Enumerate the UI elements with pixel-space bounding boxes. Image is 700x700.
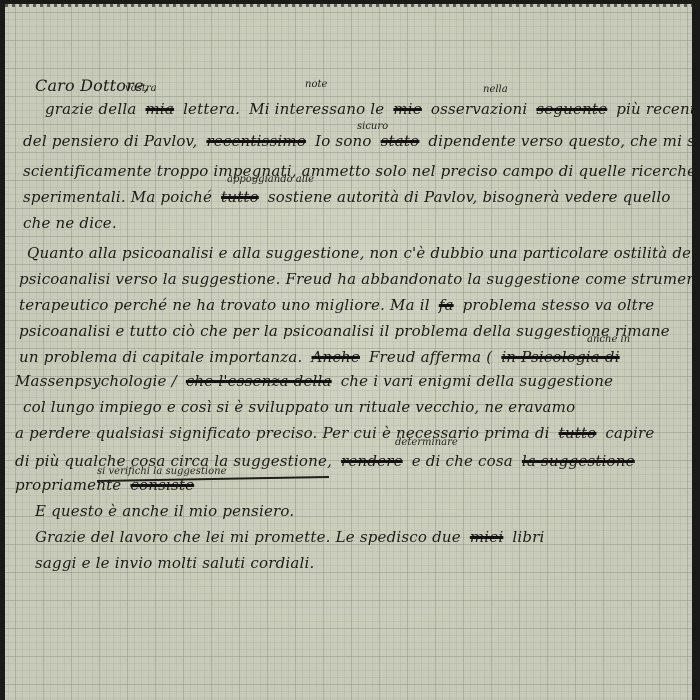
struck-word: mie xyxy=(393,100,422,118)
struck-word: consiste xyxy=(130,476,194,494)
insertion-nella: nella xyxy=(483,84,508,95)
letter-line: sperimentali. Ma poichétuttosostiene aut… xyxy=(23,188,680,206)
letter-page: Caro Dottore, vostra note nella grazie d… xyxy=(5,4,692,700)
struck-word: seguente xyxy=(536,100,607,118)
struck-word: in Psicologia di xyxy=(501,348,619,366)
struck-word: rendere xyxy=(341,452,403,470)
insertion-appoggiando: appoggiando alle xyxy=(227,174,314,185)
letter-line: saggi e le invio molti saluti cordiali. xyxy=(35,554,323,572)
letter-line: propriamenteconsiste xyxy=(15,476,203,494)
struck-word: Anche xyxy=(312,348,360,366)
struck-word: che l'essenza della xyxy=(186,372,332,390)
struck-word: miei xyxy=(470,528,504,546)
insertion-note: note xyxy=(305,79,327,90)
letter-line: E questo è anche il mio pensiero. xyxy=(35,502,303,520)
struck-word: la suggestione xyxy=(522,452,635,470)
insertion-determinare: determinare xyxy=(395,437,458,448)
letter-line: Quanto alla psicoanalisi e alla suggesti… xyxy=(27,244,700,262)
insertion-vostra: vostra xyxy=(125,83,157,94)
insertion-anche-in: anche in xyxy=(587,334,630,345)
letter-line: che ne dice. xyxy=(23,214,126,232)
struck-word: recentissimo xyxy=(206,132,306,150)
letter-line: psicoanalisi verso la suggestione. Freud… xyxy=(19,270,700,288)
letter-line: col lungo impiego e così si è sviluppato… xyxy=(23,398,584,416)
struck-word: tutto xyxy=(221,188,259,206)
letter-line: scientificamente troppo impegnati, ammet… xyxy=(23,162,700,180)
struck-word: fa xyxy=(439,296,454,314)
struck-word: mia xyxy=(145,100,174,118)
letter-line: Grazie del lavoro che lei mi promette. L… xyxy=(35,528,554,546)
struck-word: tutto xyxy=(559,424,597,442)
letter-line: a perdere qualsiasi significato preciso.… xyxy=(15,424,663,442)
letter-line: psicoanalisi e tutto ciò che per la psic… xyxy=(19,322,679,340)
letter-line: del pensiero di Pavlov,recentissimoIo so… xyxy=(23,132,700,150)
letter-line: grazie dellamialettera.Mi interessano le… xyxy=(45,100,700,118)
letter-line: un problema di capitale importanza.Anche… xyxy=(19,348,629,366)
letter-line: Massenpsychologie /che l'essenza dellach… xyxy=(15,372,622,390)
struck-word: stato xyxy=(381,132,420,150)
letter-line: terapeutico perché ne ha trovato uno mig… xyxy=(19,296,663,314)
insertion-sicuro: sicuro xyxy=(357,121,388,132)
